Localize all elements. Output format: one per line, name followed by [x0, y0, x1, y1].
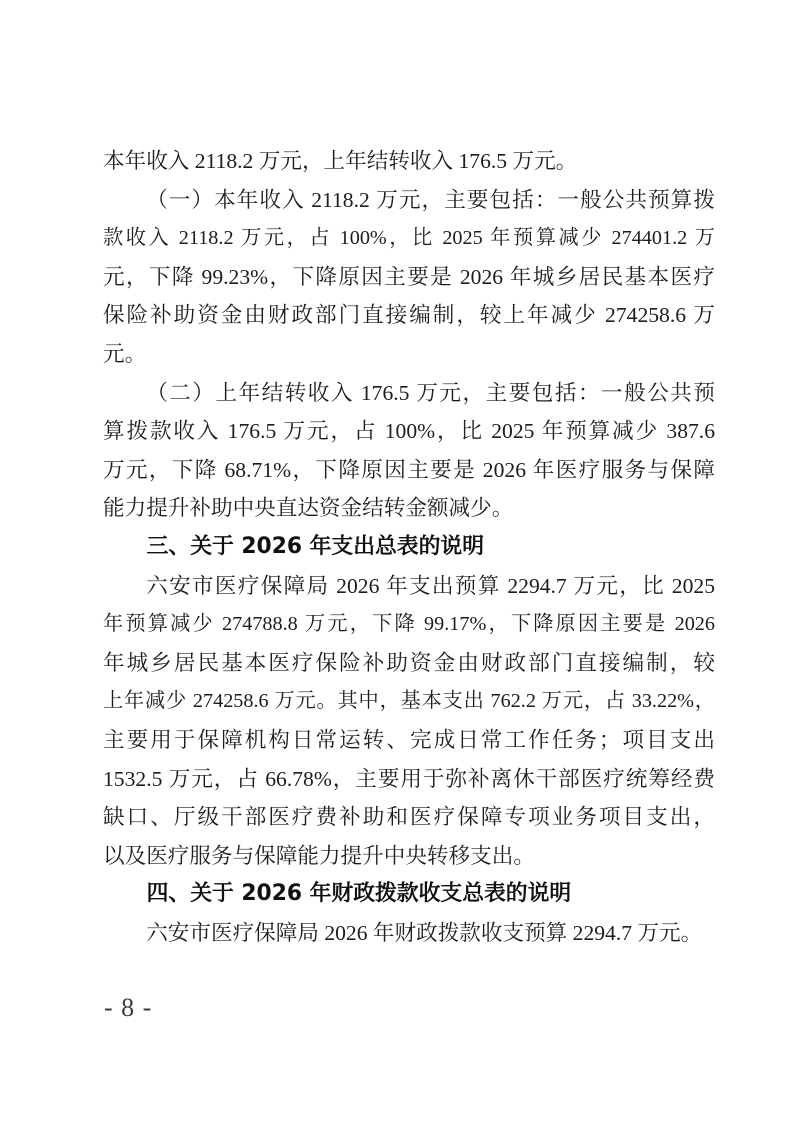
text-line: 万元，下降 68.71%，下降原因主要是 2026 年医疗服务与保障	[103, 451, 715, 490]
text-line: 年预算减少 274788.8 万元，下降 99.17%，下降原因主要是 2026	[103, 605, 715, 644]
text-line: 1532.5 万元，占 66.78%，主要用于弥补离休干部医疗统筹经费	[103, 760, 715, 799]
text-line: 上年减少 274258.6 万元。其中，基本支出 762.2 万元，占 33.2…	[103, 682, 715, 721]
text-line: 六安市医疗保障局 2026 年支出预算 2294.7 万元，比 2025	[103, 567, 715, 606]
text-line: 缺口、厅级干部医疗费补助和医疗保障专项业务项目支出，	[103, 798, 715, 837]
text-line: 保险补助资金由财政部门直接编制，较上年减少 274258.6 万	[103, 296, 715, 335]
text-line: 元，下降 99.23%，下降原因主要是 2026 年城乡居民基本医疗	[103, 258, 715, 297]
text-line: 元。	[103, 335, 715, 374]
text-line: 能力提升补助中央直达资金结转金额减少。	[103, 489, 715, 528]
text-line: （一）本年收入 2118.2 万元，主要包括：一般公共预算拨	[103, 181, 715, 220]
text-line: 年城乡居民基本医疗保险补助资金由财政部门直接编制，较	[103, 644, 715, 683]
section-heading-3: 三、关于 2026 年支出总表的说明	[103, 528, 715, 567]
document-page: 本年收入 2118.2 万元，上年结转收入 176.5 万元。 （一）本年收入 …	[0, 0, 793, 1122]
page-number: - 8 -	[104, 993, 152, 1023]
text-line: 算拨款收入 176.5 万元，占 100%，比 2025 年预算减少 387.6	[103, 412, 715, 451]
text-line: 本年收入 2118.2 万元，上年结转收入 176.5 万元。	[103, 142, 715, 181]
text-line: （二）上年结转收入 176.5 万元，主要包括：一般公共预	[103, 374, 715, 413]
text-line: 主要用于保障机构日常运转、完成日常工作任务；项目支出	[103, 721, 715, 760]
text-line: 以及医疗服务与保障能力提升中央转移支出。	[103, 837, 715, 876]
document-body: 本年收入 2118.2 万元，上年结转收入 176.5 万元。 （一）本年收入 …	[103, 142, 715, 952]
text-line: 款收入 2118.2 万元，占 100%，比 2025 年预算减少 274401…	[103, 219, 715, 258]
section-heading-4: 四、关于 2026 年财政拨款收支总表的说明	[103, 875, 715, 914]
text-line: 六安市医疗保障局 2026 年财政拨款收支预算 2294.7 万元。	[103, 914, 715, 953]
